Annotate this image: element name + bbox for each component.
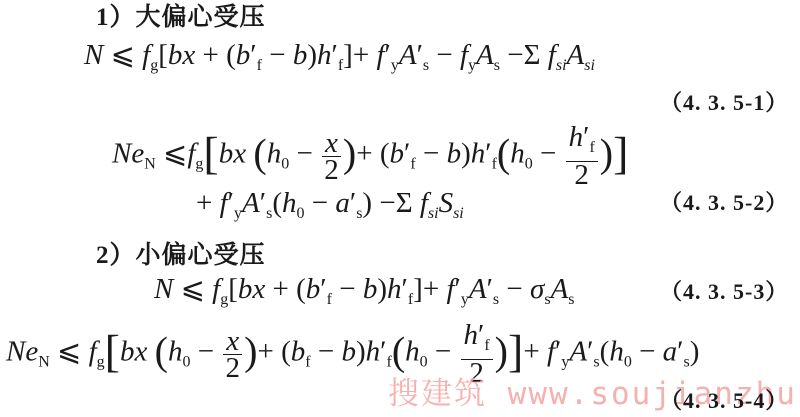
fraction-x-over-2: x2 — [322, 130, 341, 183]
section-2-heading: 2）小偏心受压 — [96, 240, 266, 271]
section-1-title: 大偏心受压 — [136, 2, 266, 31]
equation-4-3-5-3: N ⩽ fg[bx + (b′f − b)h′f]+ f′yA′s − σsAs — [154, 272, 575, 317]
equation-4-3-5-1: N ⩽ fg[bx + (b′f − b)h′f]+ f′yA′s − fyAs… — [84, 38, 595, 83]
section-1-number: 1） — [96, 4, 136, 31]
equation-4-3-5-2-line-2: + f′yA′s(h0 − a′s) −Σ fsiSsi — [196, 186, 464, 231]
equation-number-1: （4. 3. 5-1） — [660, 90, 788, 116]
section-2-number: 2） — [96, 242, 136, 269]
equation-number-2: （4. 3. 5-2） — [660, 190, 788, 216]
fraction-hf-over-2: h′f2 — [566, 124, 598, 188]
section-2-title: 小偏心受压 — [136, 240, 266, 269]
section-1-heading: 1）大偏心受压 — [96, 2, 266, 33]
equation-number-4: （4. 3. 5-4） — [660, 388, 788, 414]
equation-4-3-5-2-line-1: NeN ⩽fg[bx (h0 − x2)+ (b′f − b)h′f(h0 − … — [112, 124, 628, 188]
fraction-x-over-2: x2 — [223, 328, 242, 381]
equation-number-3: （4. 3. 5-3） — [660, 279, 788, 305]
